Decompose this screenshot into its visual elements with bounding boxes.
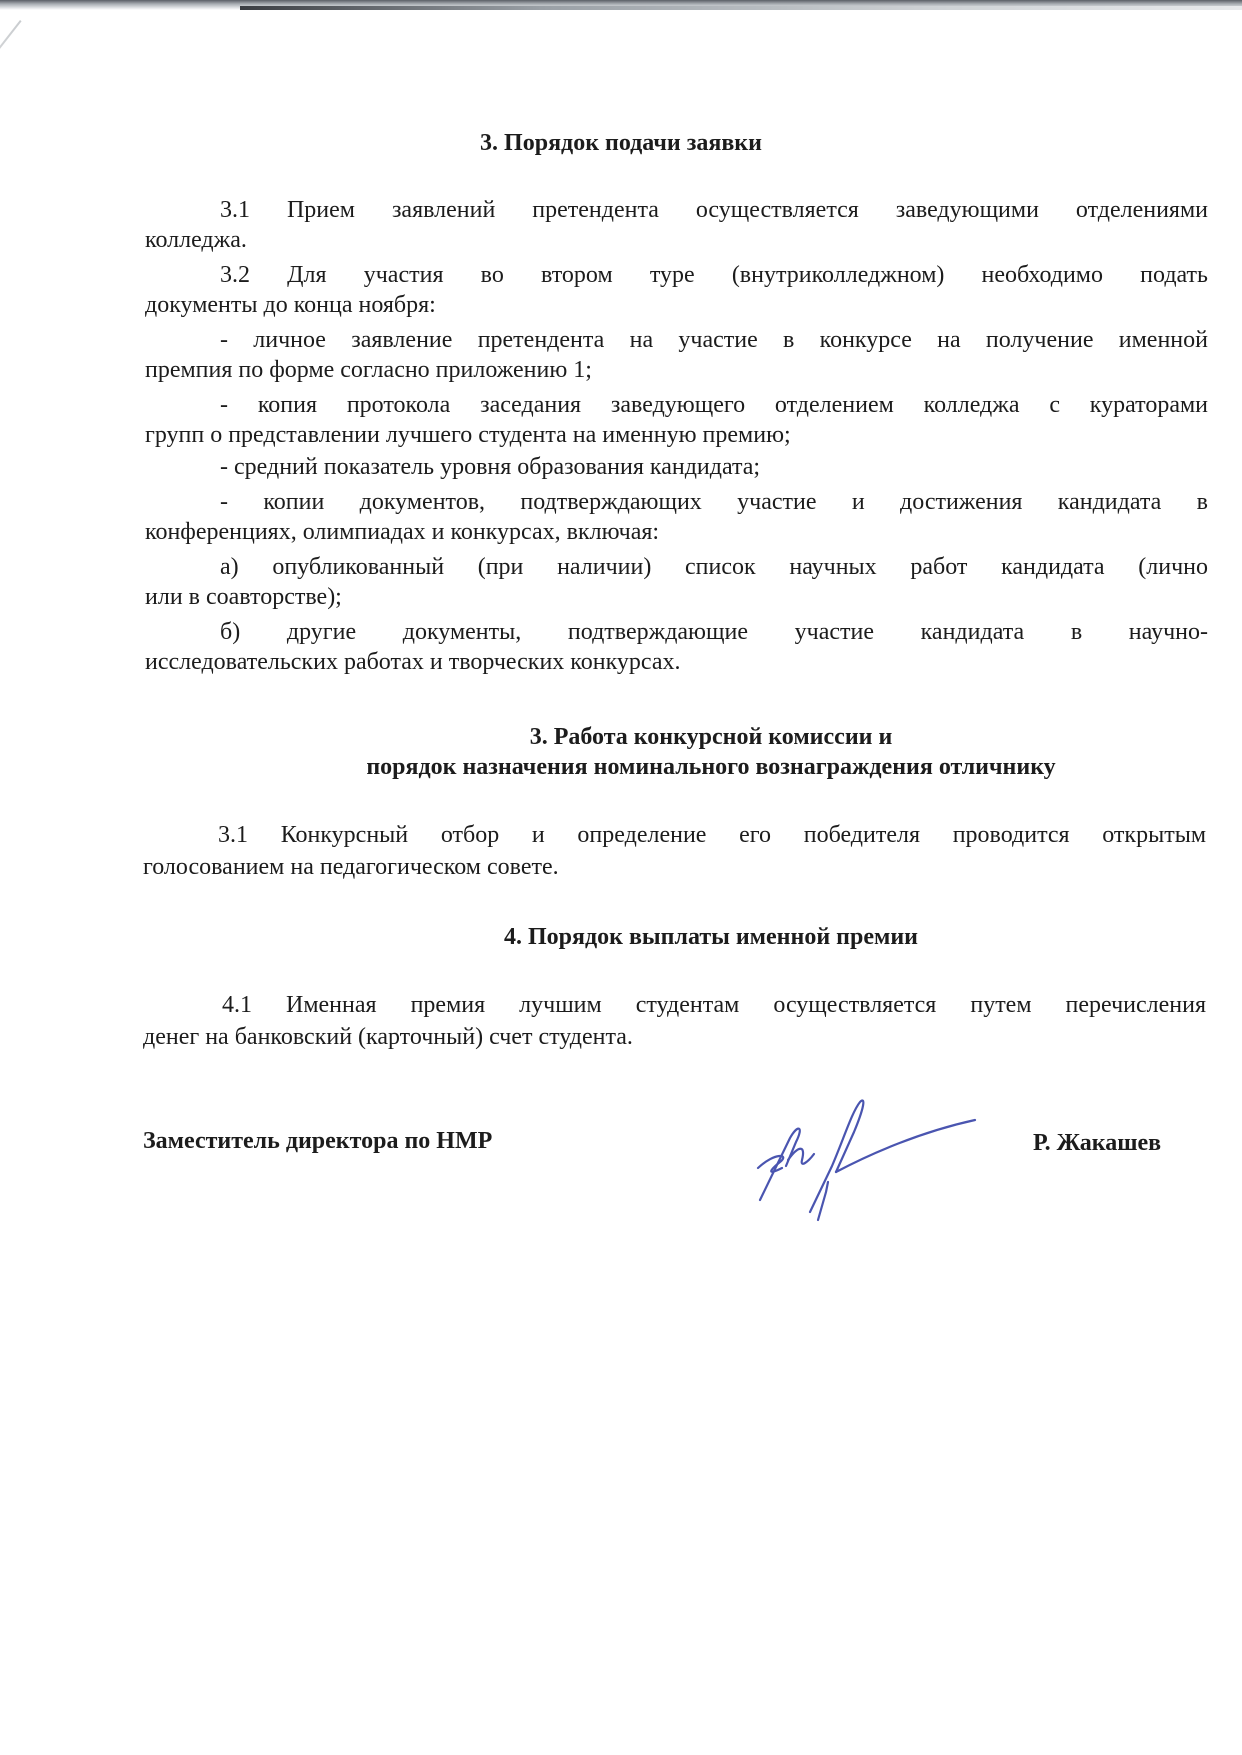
- section-heading-commission-line2: порядок назначения номинального вознагра…: [90, 752, 1242, 782]
- paragraph-3-1-line1: 3.1 Прием заявлений претендента осуществ…: [220, 195, 1208, 225]
- sub-item-a-line2: или в соавторстве);: [145, 582, 342, 612]
- list-item-protocol-line2: групп о представлении лучшего студента н…: [145, 420, 791, 450]
- paragraph-payment-line2: денег на банковский (карточный) счет сту…: [143, 1022, 633, 1052]
- scan-edge-line: [240, 6, 1242, 10]
- sub-item-b-line2: исследовательских работах и творческих к…: [145, 647, 681, 677]
- paragraph-3-2-line1: 3.2 Для участия во втором туре (внутрико…: [220, 260, 1208, 290]
- section-heading-payment: 4. Порядок выплаты именной премии: [90, 922, 1242, 952]
- list-item-documents-line2: конференциях, олимпиадах и конкурсах, вк…: [145, 517, 659, 547]
- handwritten-signature: [740, 1090, 1000, 1240]
- list-item-documents-line1: - копии документов, подтверждающих участ…: [220, 487, 1208, 517]
- section-heading-commission-line1: 3. Работа конкурсной комиссии и: [90, 722, 1242, 752]
- paragraph-payment-line1: 4.1 Именная премия лучшим студентам осущ…: [222, 990, 1206, 1020]
- paragraph-3-2-line2: документы до конца ноября:: [145, 290, 436, 320]
- paragraph-3-1-line2: колледжа.: [145, 225, 247, 255]
- list-item-average-score: - средний показатель уровня образования …: [220, 452, 760, 482]
- signatory-title: Заместитель директора по НМР: [143, 1128, 492, 1155]
- section-heading-submission: 3. Порядок подачи заявки: [0, 128, 1242, 158]
- list-item-application-line2: премпия по форме согласно приложению 1;: [145, 355, 592, 385]
- paragraph-commission-line2: голосованием на педагогическом совете.: [143, 852, 559, 882]
- list-item-protocol-line1: - копия протокола заседания заведующего …: [220, 390, 1208, 420]
- list-item-application-line1: - личное заявление претендента на участи…: [220, 325, 1208, 355]
- signatory-name: Р. Жакашев: [1033, 1130, 1161, 1157]
- sub-item-b-line1: б) другие документы, подтверждающие учас…: [220, 617, 1208, 647]
- paragraph-commission-line1: 3.1 Конкурсный отбор и определение его п…: [218, 820, 1206, 850]
- sub-item-a-line1: а) опубликованный (при наличии) список н…: [220, 552, 1208, 582]
